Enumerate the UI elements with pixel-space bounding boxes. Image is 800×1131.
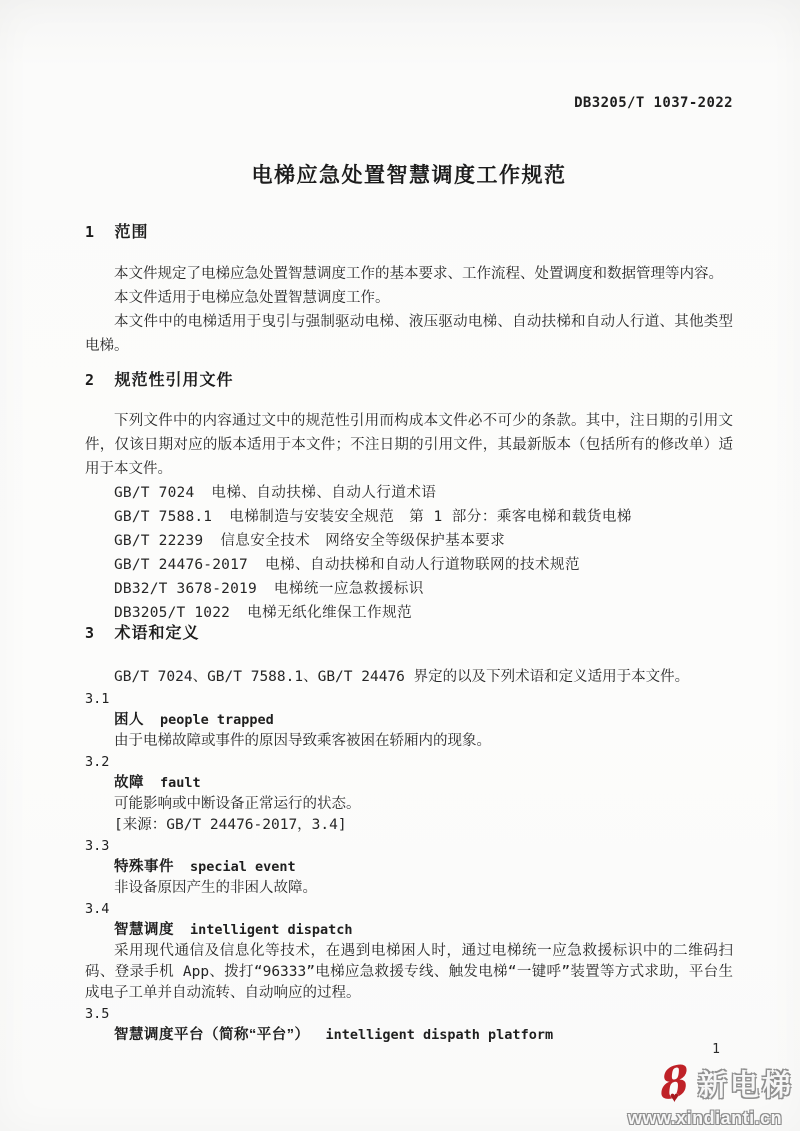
reference-item: DB3205/T 1022电梯无纸化维保工作规范 — [85, 601, 733, 625]
section-title: 术语和定义 — [114, 625, 199, 642]
term-en: people trapped — [160, 712, 274, 728]
reference-title: 电梯、自动扶梯、自动人行道术语 — [211, 485, 436, 501]
section-3-heading: 3 术语和定义 — [85, 625, 733, 642]
section-title: 范围 — [114, 224, 148, 241]
page-content: DB3205/T 1037-2022 电梯应急处置智慧调度工作规范 1 范围 本… — [85, 0, 733, 1046]
scope-paragraph: 本文件中的电梯适用于曳引与强制驱动电梯、液压驱动电梯、自动扶梯和自动人行道、其他… — [85, 310, 733, 358]
term-en: intelligent dispath platform — [326, 1027, 554, 1043]
reference-code: GB/T 22239 — [114, 533, 203, 549]
terms-intro-paragraph: GB/T 7024、GB/T 7588.1、GB/T 24476 界定的以及下列… — [85, 665, 733, 689]
page-number: 1 — [712, 1042, 720, 1057]
brand-name: 新电梯 — [698, 1072, 794, 1101]
term-source: [来源：GB/T 24476-2017，3.4] — [85, 815, 733, 836]
term-entry: 困人people trapped — [85, 710, 733, 731]
section-2-heading: 2 规范性引用文件 — [85, 372, 733, 389]
term-definition: 采用现代通信及信息化等技术，在遇到电梯困人时，通过电梯统一应急救援标识中的二维码… — [85, 941, 733, 1004]
reference-item: GB/T 7588.1电梯制造与安装安全规范 第 1 部分：乘客电梯和载货电梯 — [85, 505, 733, 529]
term-entry: 智慧调度intelligent dispatch — [85, 920, 733, 941]
reference-code: GB/T 24476-2017 — [114, 557, 248, 573]
term-number: 3.3 — [85, 836, 733, 857]
term-en: intelligent dispatch — [190, 922, 353, 938]
section-number: 1 — [85, 223, 94, 241]
heart-icon: ♥ — [670, 1091, 679, 1106]
reference-title: 信息安全技术 网络安全等级保护基本要求 — [220, 533, 505, 549]
term-zh: 特殊事件 — [114, 859, 174, 875]
scanned-standard-page: DB3205/T 1037-2022 电梯应急处置智慧调度工作规范 1 范围 本… — [0, 0, 800, 1131]
term-number: 3.5 — [85, 1004, 733, 1025]
document-title: 电梯应急处置智慧调度工作规范 — [85, 162, 733, 189]
reference-item: DB32/T 3678-2019电梯统一应急救援标识 — [85, 577, 733, 601]
term-number: 3.1 — [85, 689, 733, 710]
scope-paragraph: 本文件规定了电梯应急处置智慧调度工作的基本要求、工作流程、处置调度和数据管理等内… — [85, 262, 733, 286]
term-zh: 智慧调度平台（简称“平台”） — [114, 1027, 310, 1043]
term-definition: 可能影响或中断设备正常运行的状态。 — [85, 794, 733, 815]
term-definition: 由于电梯故障或事件的原因导致乘客被困在轿厢内的现象。 — [85, 731, 733, 752]
section-1-heading: 1 范围 — [85, 224, 733, 241]
reference-title: 电梯统一应急救援标识 — [274, 581, 424, 597]
term-entry: 特殊事件special event — [85, 857, 733, 878]
watermark: 8 ♥ 新电梯 www.xindianti.cn — [612, 1064, 798, 1127]
references-intro-paragraph: 下列文件中的内容通过文中的规范性引用而构成本文件必不可少的条款。其中，注日期的引… — [85, 409, 733, 481]
reference-title: 电梯、自动扶梯和自动人行道物联网的技术规范 — [265, 557, 580, 573]
term-zh: 困人 — [114, 712, 144, 728]
reference-code: GB/T 7588.1 — [114, 509, 212, 525]
term-entry: 智慧调度平台（简称“平台”）intelligent dispath platfo… — [85, 1025, 733, 1046]
term-definition: 非设备原因产生的非困人故障。 — [85, 878, 733, 899]
term-zh: 故障 — [114, 775, 144, 791]
reference-item: GB/T 22239信息安全技术 网络安全等级保护基本要求 — [85, 529, 733, 553]
term-number: 3.4 — [85, 899, 733, 920]
reference-title: 电梯制造与安装安全规范 第 1 部分：乘客电梯和载货电梯 — [229, 509, 632, 525]
term-en: special event — [190, 859, 296, 875]
watermark-logo-row: 8 ♥ 新电梯 — [612, 1064, 798, 1108]
term-entry: 故障fault — [85, 773, 733, 794]
reference-title: 电梯无纸化维保工作规范 — [247, 605, 412, 621]
section-number: 2 — [85, 371, 94, 389]
reference-item: GB/T 24476-2017电梯、自动扶梯和自动人行道物联网的技术规范 — [85, 553, 733, 577]
standard-code: DB3205/T 1037-2022 — [85, 0, 733, 112]
scope-paragraph: 本文件适用于电梯应急处置智慧调度工作。 — [85, 286, 733, 310]
section-title: 规范性引用文件 — [114, 372, 233, 389]
term-number: 3.2 — [85, 752, 733, 773]
reference-code: DB32/T 3678-2019 — [114, 581, 257, 597]
term-zh: 智慧调度 — [114, 922, 174, 938]
xindianti-logo-icon: 8 ♥ — [658, 1064, 696, 1108]
brand-url: www.xindianti.cn — [612, 1109, 798, 1127]
section-number: 3 — [85, 624, 94, 642]
reference-item: GB/T 7024电梯、自动扶梯、自动人行道术语 — [85, 481, 733, 505]
term-en: fault — [160, 775, 201, 791]
reference-code: DB3205/T 1022 — [114, 605, 230, 621]
reference-code: GB/T 7024 — [114, 485, 194, 501]
